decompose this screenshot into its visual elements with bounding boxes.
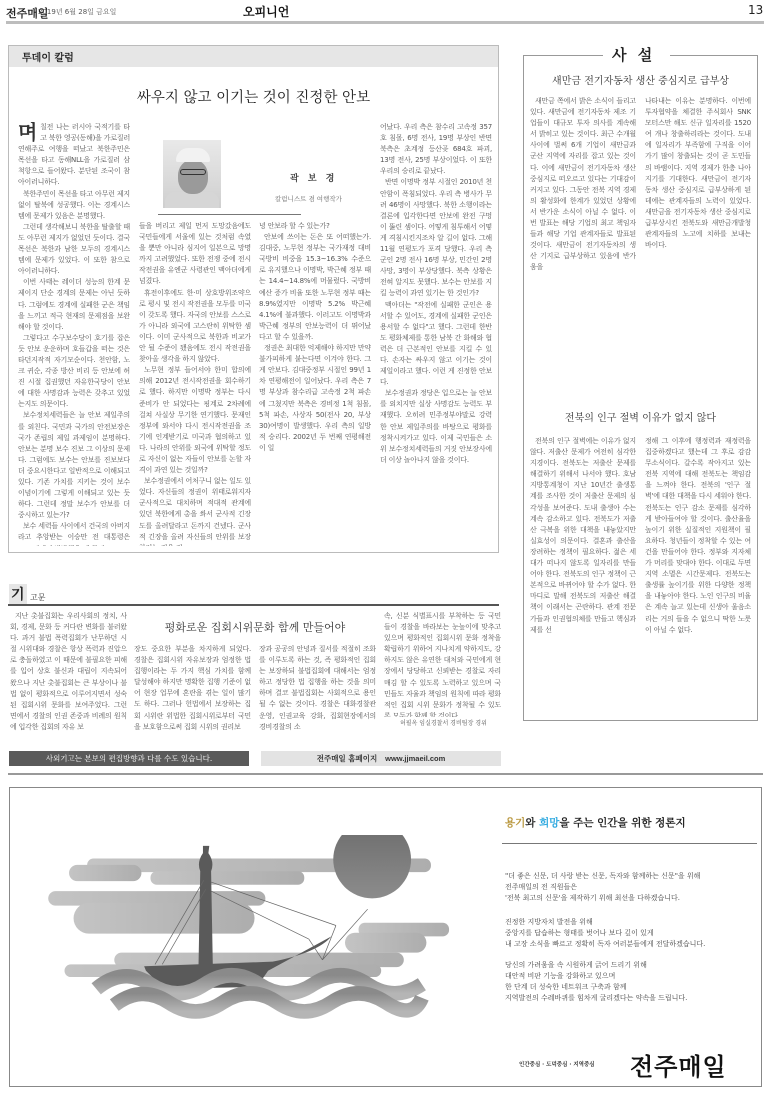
column-label-bar — [9, 46, 498, 67]
author-role: 칼럼니스트 겸 여행작가 — [275, 194, 342, 203]
homepage-url[interactable]: www.jjmaeil.com — [385, 754, 445, 763]
column-text-col3: 녕 안보라 할 수 있는가? 안보에 쓰이는 돈은 또 어떠했는가. 김대중, … — [259, 221, 371, 546]
page-number: 13 — [748, 3, 763, 17]
ad-headline-rule — [502, 843, 757, 844]
ad-paragraph-3: 당신의 가려움을 속 시원하게 긁어 드리기 위해 대안적 비판 기능을 강화하… — [505, 960, 687, 1004]
ad-headline: 용기와 희망을 주는 인간을 위한 정론지 — [505, 815, 686, 830]
ad-slogan: 인간중심 · 도덕중심 · 지역중심 — [519, 1060, 595, 1068]
editorial-1-col1: 새만금 쪽에서 밝은 소식이 들리고 있다. 새만금에 전기자동차 제조 기업들… — [530, 96, 636, 396]
section-title: 오피니언 — [243, 3, 289, 20]
contribution-col4: 속, 신분 식별표시를 부착하는 등 국민들이 경찰을 바라보는 눈높이에 맞추… — [384, 611, 501, 717]
editorial-1-col2: 나타내는 이유는 분명하다. 이번에 투자협약을 체결한 주식회사 SNK 모터… — [645, 96, 751, 396]
editorial-2-col1: 전북의 인구 절벽에는 이유가 없지 않다. 저출산 문제가 여전히 심각한 지… — [530, 436, 636, 713]
ad-paragraph-2: 진정한 지방자치 발전을 위해 중앙지를 답습하는 형태를 벗어나 보다 깊이 … — [505, 917, 705, 950]
ad-paragraph-1: "더 좋은 신문, 더 사랑 받는 신문, 독자와 함께하는 신문"을 위해 전… — [505, 871, 700, 904]
issue-date: 2019년 6월 28일 금요일 — [38, 7, 116, 17]
contribution-col3: 장과 공공의 안녕과 질서를 적절히 조화를 이루도록 하는 것, 즉 평화적인… — [259, 644, 376, 743]
homepage-bar[interactable]: 전주매일 홈페이지 www.jjmaeil.com — [261, 751, 501, 766]
editorial-label: 사 설 — [612, 44, 655, 65]
column-label: 투데이 칼럼 — [22, 49, 74, 64]
sun-icon — [333, 835, 411, 898]
paper-logo: 전주매일 — [630, 1047, 727, 1082]
byline-rule — [158, 214, 301, 215]
contribution-headline: 평화로운 집회시위문화 함께 만들어야 — [130, 619, 380, 635]
section-divider — [8, 773, 763, 775]
waves — [96, 975, 422, 1011]
column-headline: 싸우지 않고 이기는 것이 진정한 안보 — [8, 86, 499, 107]
author-photo — [163, 140, 221, 208]
contribution-label-small: 고문 — [30, 592, 45, 603]
author-name: 곽 보 경 — [290, 171, 337, 184]
editorial-headline-1: 새만금 전기자동차 생산 중심지로 급부상 — [523, 72, 758, 87]
header-rule — [6, 21, 764, 24]
column-text-col2: 들을 버리고 제일 먼저 도망갔음에도 국민들에게 서울에 있는 것처럼 속였을… — [139, 221, 251, 546]
contribution-rule — [8, 604, 499, 606]
disclaimer-bar: 사외기고는 본보의 편집방향과 다를 수도 있습니다. — [9, 751, 249, 766]
contribution-author: 허필옥 임실경찰서 경비팀장 경위 — [400, 718, 487, 727]
contribution-col1: 지난 촛불집회는 우리사회의 정치, 사회, 경제, 문화 등 커다란 변화를 … — [10, 611, 127, 743]
contribution-label-big: 기 — [9, 584, 27, 604]
column-text-col1: 며 칠전 나는 러시아 국적기를 타고 북한 영공(동해)을 가로질러 연해주로… — [18, 122, 130, 546]
editorial-headline-2: 전북의 인구 절벽 이유가 없지 않다 — [523, 409, 758, 424]
column-text-col4: 어났다. 우리 측은 참수리 고속정 357호 침몰, 6명 전사, 19명 부… — [380, 122, 492, 546]
editorial-2-col2: 정해 그 이후에 행정력과 재정력을 집중하겠다고 했는데 그 후로 감감 무소… — [645, 436, 751, 713]
editorial-top-rule-left — [523, 55, 603, 56]
contribution-col2: 장도 중요한 부분을 차지하게 되었다. 경찰은 집회시위 자유보장과 엄정한 … — [134, 644, 251, 743]
dropcap: 며 — [18, 122, 37, 142]
homepage-label: 전주매일 홈페이지 — [317, 754, 378, 763]
ship-illustration — [30, 835, 470, 1025]
editorial-top-rule-right — [670, 55, 758, 56]
